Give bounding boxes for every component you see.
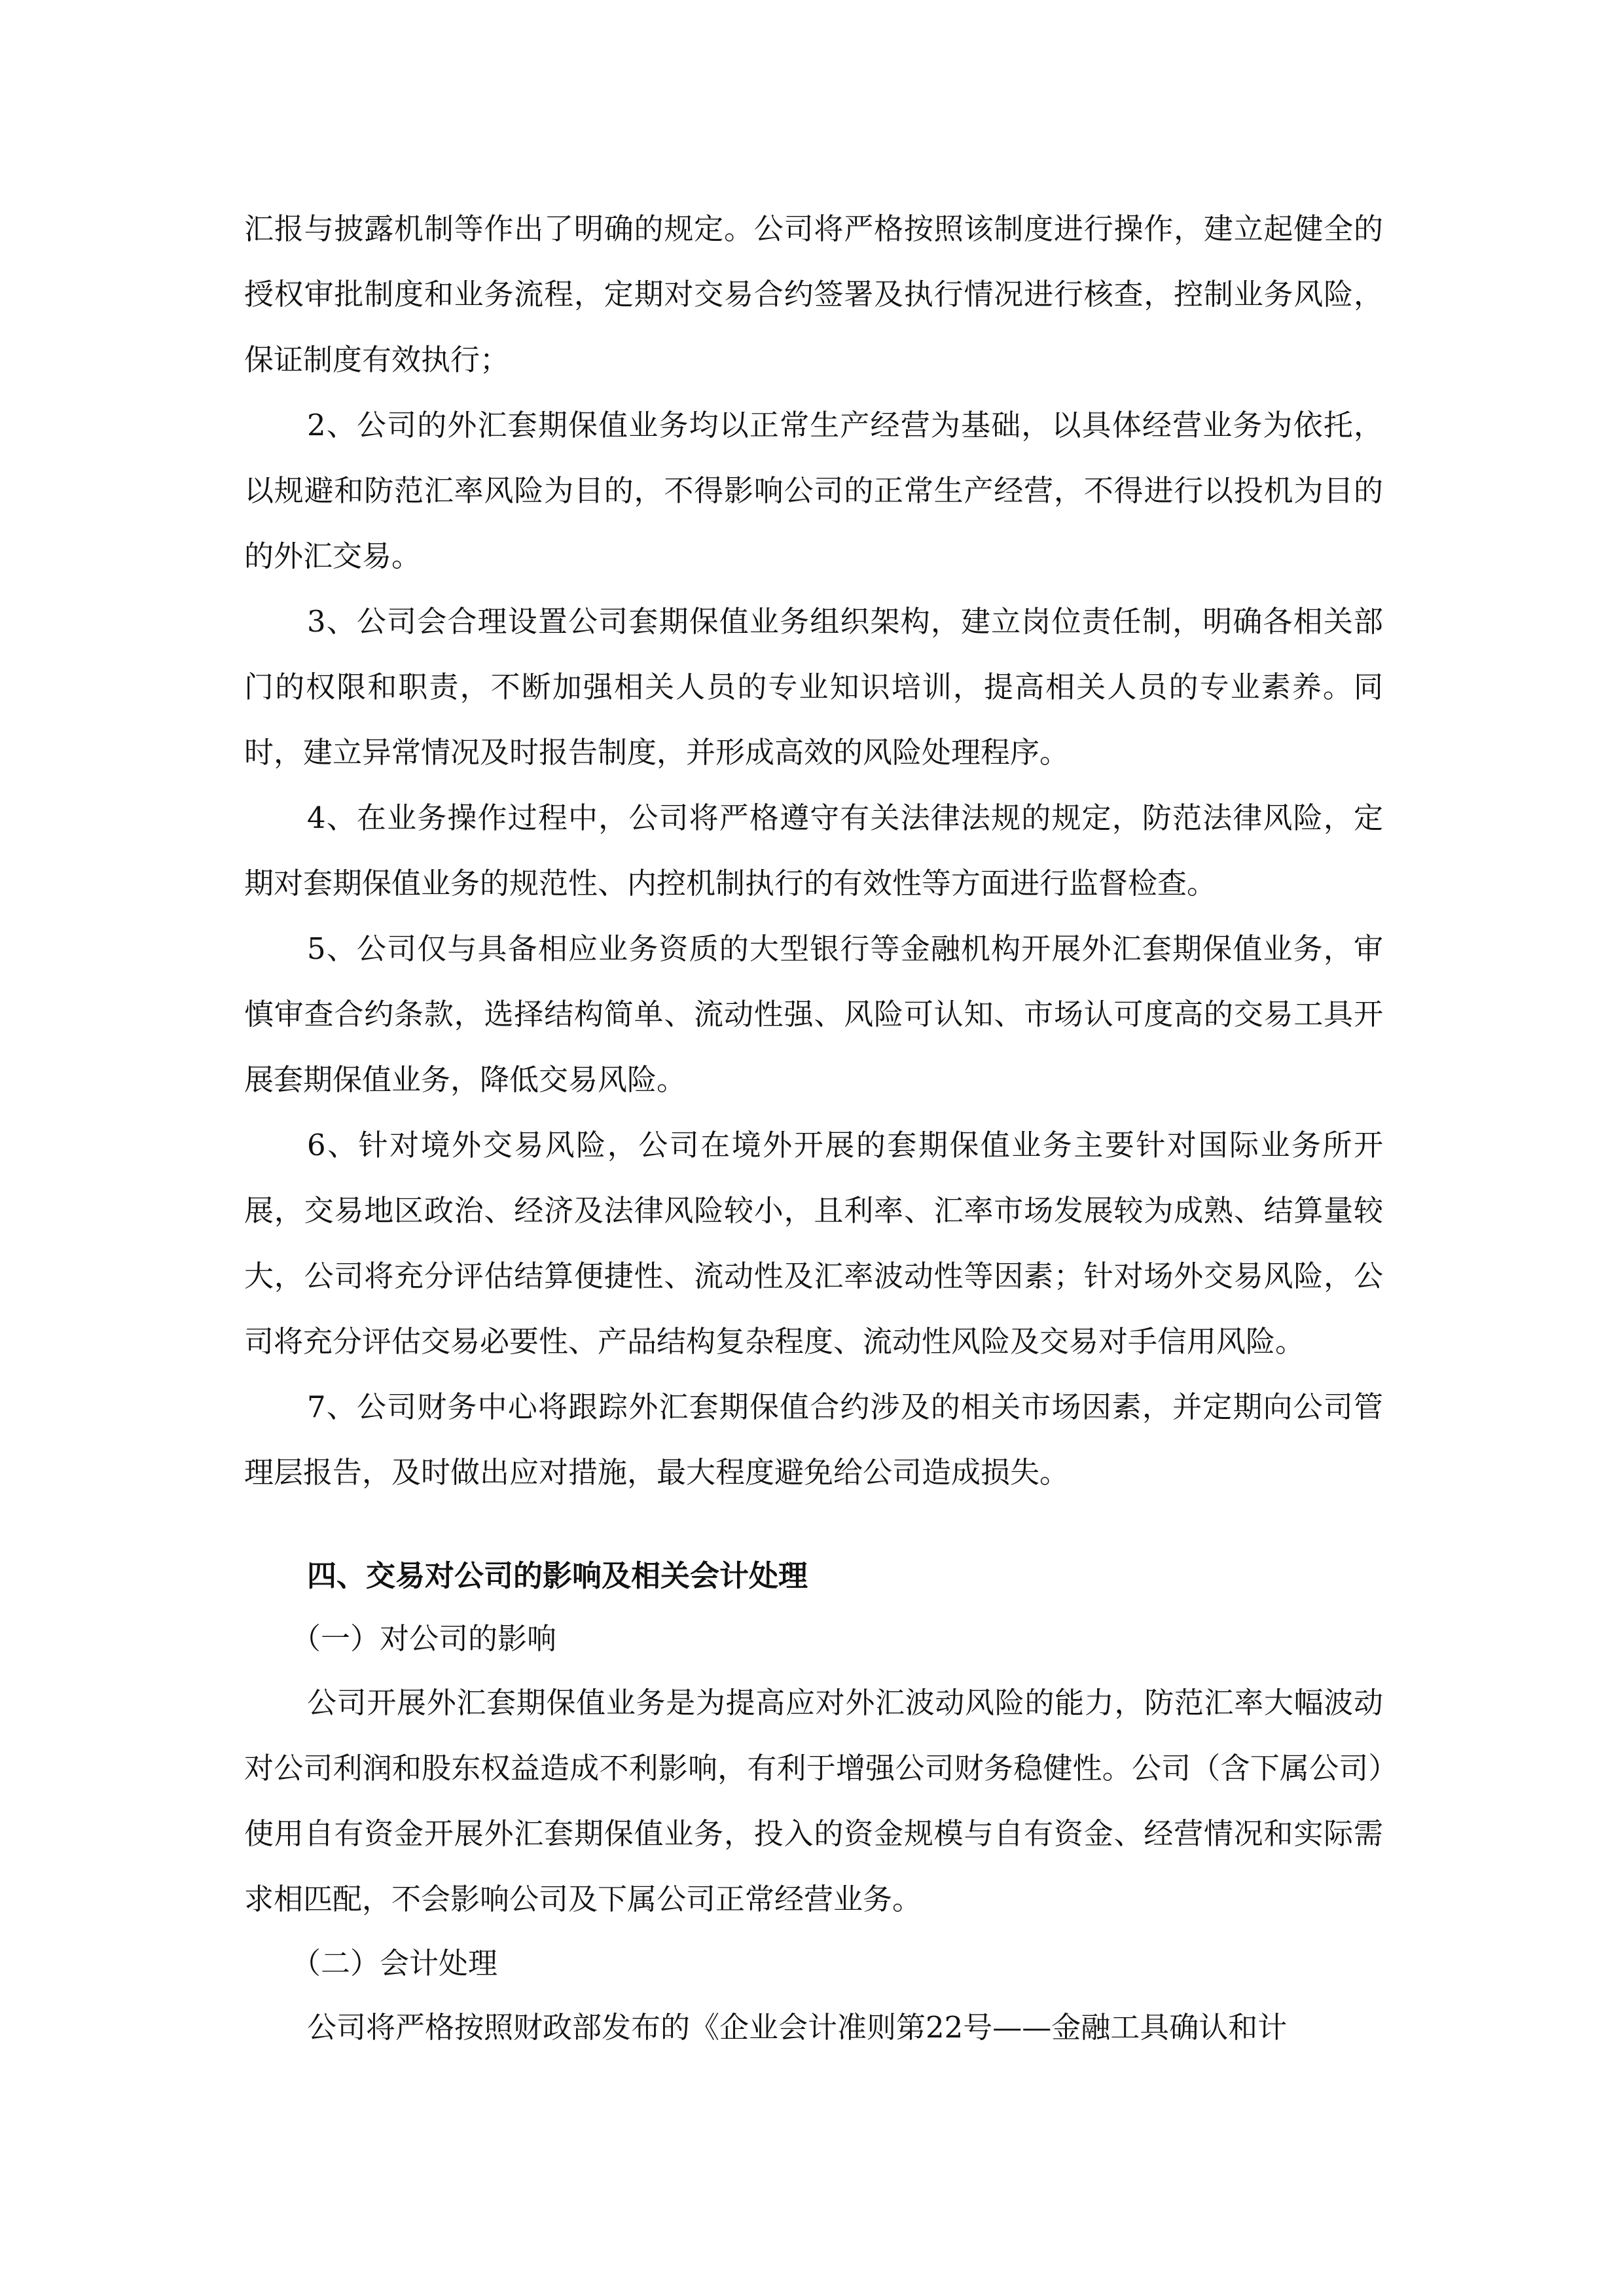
- subsection-1-heading: （一）对公司的影响: [244, 1607, 1383, 1670]
- measure-3: 3、公司会合理设置公司套期保值业务组织架构，建立岗位责任制，明确各相关部门的权限…: [244, 589, 1383, 785]
- subsection-2-body: 公司将严格按照财政部发布的《企业会计准则第22号——金融工具确认和计: [244, 1995, 1383, 2060]
- subsection-2-heading: （二）会计处理: [244, 1932, 1383, 1995]
- section-4-heading: 四、交易对公司的影响及相关会计处理: [244, 1545, 1383, 1607]
- document-page: 汇报与披露机制等作出了明确的规定。公司将严格按照该制度进行操作，建立起健全的授权…: [244, 196, 1383, 2060]
- measure-4: 4、在业务操作过程中，公司将严格遵守有关法律法规的规定，防范法律风险，定期对套期…: [244, 785, 1383, 916]
- measure-5: 5、公司仅与具备相应业务资质的大型银行等金融机构开展外汇套期保值业务，审慎审查合…: [244, 916, 1383, 1113]
- continued-paragraph: 汇报与披露机制等作出了明确的规定。公司将严格按照该制度进行操作，建立起健全的授权…: [244, 196, 1383, 393]
- measure-6: 6、针对境外交易风险，公司在境外开展的套期保值业务主要针对国际业务所开展，交易地…: [244, 1113, 1383, 1374]
- measure-7: 7、公司财务中心将跟踪外汇套期保值合约涉及的相关市场因素，并定期向公司管理层报告…: [244, 1374, 1383, 1505]
- measure-2: 2、公司的外汇套期保值业务均以正常生产经营为基础，以具体经营业务为依托，以规避和…: [244, 393, 1383, 589]
- subsection-1-body: 公司开展外汇套期保值业务是为提高应对外汇波动风险的能力，防范汇率大幅波动对公司利…: [244, 1670, 1383, 1932]
